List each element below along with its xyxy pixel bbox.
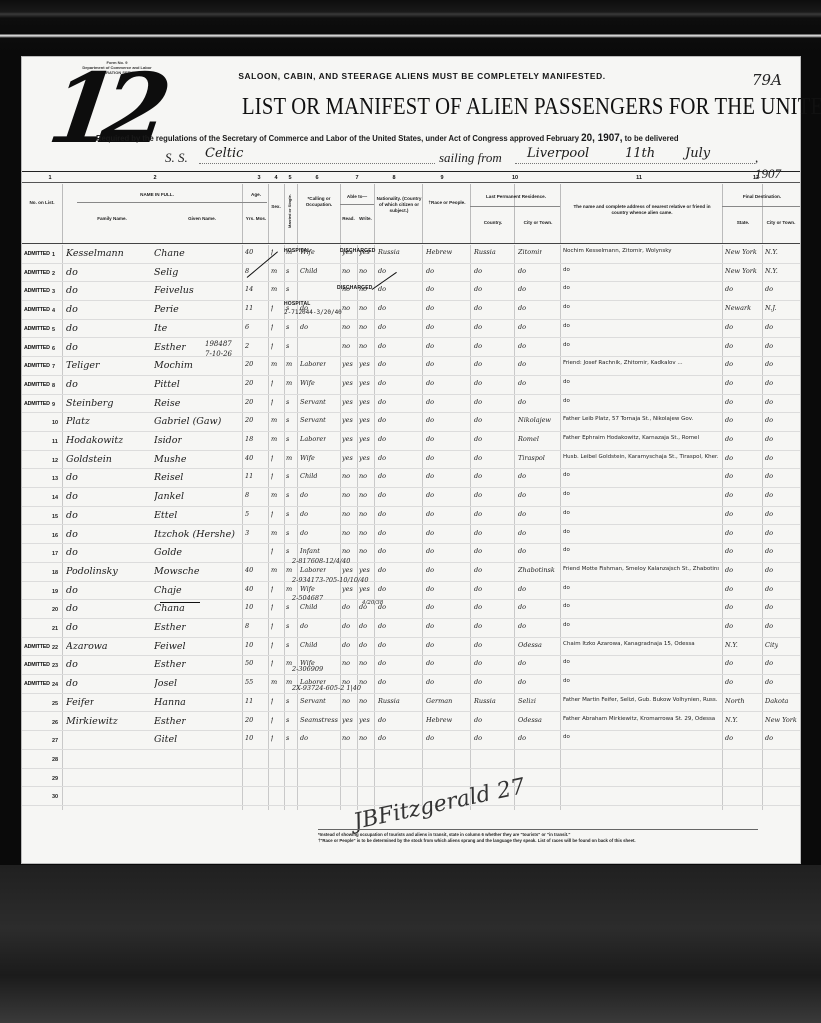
cell-relative: do <box>563 585 570 591</box>
cell-dest-city: New York <box>765 716 797 724</box>
cert-number-row15: 2-817608-12/4/40 <box>292 557 350 565</box>
cell-age: 20 <box>245 360 253 368</box>
cell-no: 29 <box>52 776 58 782</box>
cell-family: do <box>66 547 78 558</box>
cell-relative: do <box>563 734 570 740</box>
col-num-7: 7 <box>355 175 358 181</box>
cell-country: do <box>474 267 482 275</box>
table-row: 12GoldsteinMushe40fmWifeyesyesdododoTira… <box>22 451 800 470</box>
cell-relative: do <box>563 603 570 609</box>
col-num-1: 1 <box>48 175 51 181</box>
cell-ms: s <box>286 697 289 705</box>
cell-given: Hanna <box>154 697 186 708</box>
cell-read: yes <box>342 379 353 387</box>
cell-nationality: do <box>378 547 386 555</box>
cell-race: do <box>426 641 434 649</box>
cell-read: yes <box>342 398 353 406</box>
cell-no: 6 <box>52 346 55 352</box>
cell-ms: s <box>286 547 289 555</box>
cell-age: 8 <box>245 267 249 275</box>
cell-sex: m <box>271 491 277 499</box>
cell-sex: f <box>271 323 273 331</box>
cell-given: Feiwel <box>154 641 186 652</box>
cell-given: Mushe <box>154 454 186 465</box>
cell-write: yes <box>359 398 370 406</box>
cell-read: do <box>342 641 350 649</box>
cell-relative: do <box>563 491 570 497</box>
sheet-number: 12 <box>43 59 163 159</box>
cell-dest-city: do <box>765 416 773 424</box>
cell-ms: m <box>286 566 292 574</box>
header-read: Read. <box>340 216 357 222</box>
cell-no: 11 <box>52 439 58 445</box>
cell-family: do <box>66 379 78 390</box>
cell-sex: m <box>271 435 277 443</box>
cell-read: yes <box>342 566 353 574</box>
cell-ms: s <box>286 641 289 649</box>
cell-race: do <box>426 472 434 480</box>
cell-family: do <box>66 267 78 278</box>
table-row: 29 <box>22 769 800 788</box>
cell-read: no <box>342 267 350 275</box>
cell-sex: f <box>271 603 273 611</box>
ss-label: S. S. <box>165 150 188 166</box>
cell-dest-city: do <box>765 678 773 686</box>
cell-relative: do <box>563 510 570 516</box>
cell-family: do <box>66 659 78 670</box>
cell-ms: s <box>286 622 289 630</box>
cell-given: Reisel <box>154 472 183 483</box>
table-row: ADMITTED7TeligerMochim20mmLaboreryesyesd… <box>22 357 800 376</box>
cell-state: do <box>725 285 733 293</box>
cell-read: no <box>342 472 350 480</box>
cell-state: do <box>725 529 733 537</box>
cell-write: no <box>359 734 367 742</box>
cell-ms: m <box>286 379 292 387</box>
cell-status: ADMITTED <box>24 644 50 650</box>
discharged-stamp-2: DISCHARGED <box>337 285 373 291</box>
cell-write: no <box>359 472 367 480</box>
cell-race: do <box>426 734 434 742</box>
cell-dest-city: do <box>765 585 773 593</box>
cell-status: ADMITTED <box>24 251 50 257</box>
cell-age: 10 <box>245 734 253 742</box>
cell-sex: f <box>271 510 273 518</box>
cell-age: 20 <box>245 379 253 387</box>
table-row: ADMITTED24doJosel55mmLaborernonododododo… <box>22 675 800 694</box>
cell-read: no <box>342 491 350 499</box>
cell-read: no <box>342 529 350 537</box>
cell-country: do <box>474 585 482 593</box>
cell-relative: Father Martin Feifer, Selizi, Gub. Bukow… <box>563 697 718 703</box>
cell-nationality: do <box>378 285 386 293</box>
table-row: 20doChana10fsChilddododododododododo <box>22 600 800 619</box>
cell-calling: do <box>300 323 308 331</box>
cell-sex: f <box>271 659 273 667</box>
cell-city: do <box>518 678 526 686</box>
cell-dest-city: do <box>765 603 773 611</box>
cell-sex: m <box>271 285 277 293</box>
cell-nationality: do <box>378 323 386 331</box>
header-given-name: Given Name. <box>162 216 242 222</box>
sailing-line: S. S. Celtic sailing from Liverpool 11th… <box>165 146 785 168</box>
page-title: LIST OR MANIFEST OF ALIEN PASSENGERS FOR… <box>242 94 724 121</box>
column-numbers: 1 2 3 4 5 6 7 8 9 10 11 12 <box>22 171 800 183</box>
table-row: 28 <box>22 750 800 769</box>
cell-age: 2 <box>245 342 249 350</box>
table-row: 27Gitel10fsdononodododododododo <box>22 731 800 750</box>
cell-nationality: do <box>378 716 386 724</box>
cell-status: ADMITTED <box>24 270 50 276</box>
cell-sex: f <box>271 454 273 462</box>
cell-city: Romel <box>518 435 539 443</box>
cell-given: Pittel <box>154 379 180 390</box>
regulation-text: Required by the regulations of the Secre… <box>96 133 579 143</box>
cell-race: German <box>426 697 452 705</box>
regulation-date: 20, 1907, <box>581 132 622 144</box>
cell-calling: Child <box>300 267 317 275</box>
cell-nationality: do <box>378 472 386 480</box>
col-num-5: 5 <box>288 175 291 181</box>
cell-state: do <box>725 454 733 462</box>
cell-sex: m <box>271 360 277 368</box>
cell-no: 14 <box>52 495 58 501</box>
header-relative: The name and complete address of nearest… <box>567 204 717 216</box>
cell-read: no <box>342 734 350 742</box>
col-num-9: 9 <box>440 175 443 181</box>
header-final-destination: Final Destination. <box>724 194 800 200</box>
table-row: 14doJankel8msdononodododododododo <box>22 488 800 507</box>
cell-city: do <box>518 323 526 331</box>
cell-dest-city: do <box>765 435 773 443</box>
cell-nationality: do <box>378 566 386 574</box>
cell-age: 11 <box>245 697 253 705</box>
cell-state: do <box>725 342 733 350</box>
cell-read: no <box>342 547 350 555</box>
cell-ms: m <box>286 454 292 462</box>
table-row: 16doItzchok (Hershe)3msdononodododododod… <box>22 526 800 545</box>
cell-race: do <box>426 435 434 443</box>
cell-no: 13 <box>52 476 58 482</box>
header-dest-city: City or Town. <box>762 220 800 226</box>
header-sex: Sex. <box>268 204 284 210</box>
ship-line <box>199 163 435 164</box>
cell-state: do <box>725 416 733 424</box>
cell-no: 22 <box>52 645 58 651</box>
cell-no: 28 <box>52 757 58 763</box>
cell-country: do <box>474 547 482 555</box>
cell-nationality: do <box>378 622 386 630</box>
cell-age: 40 <box>245 454 253 462</box>
cell-race: Hebrew <box>426 248 452 256</box>
cell-family: do <box>66 323 78 334</box>
col-num-4: 4 <box>274 175 277 181</box>
cell-nationality: do <box>378 304 386 312</box>
cell-relative: do <box>563 547 570 553</box>
cell-dest-city: do <box>765 529 773 537</box>
cell-calling: do <box>300 491 308 499</box>
cell-ms: m <box>286 360 292 368</box>
cell-race: do <box>426 304 434 312</box>
sailing-month: July <box>685 146 710 161</box>
cell-city: do <box>518 285 526 293</box>
col-num-8: 8 <box>392 175 395 181</box>
cell-given: Feivelus <box>154 285 194 296</box>
cell-sex: m <box>271 678 277 686</box>
cell-state: New York <box>725 267 757 275</box>
cell-state: do <box>725 491 733 499</box>
cell-state: N.Y. <box>725 641 738 649</box>
cell-write: yes <box>359 379 370 387</box>
cell-write: yes <box>359 416 370 424</box>
cert-number-row16: 2-934173-?05-10/10/40 <box>292 576 369 584</box>
cell-ms: s <box>286 285 289 293</box>
cell-race: do <box>426 267 434 275</box>
cell-race: Hebrew <box>426 716 452 724</box>
cell-family: do <box>66 285 78 296</box>
cell-no: 8 <box>52 383 55 389</box>
cell-given: Ite <box>154 323 167 334</box>
cell-relative: do <box>563 379 570 385</box>
cell-write: yes <box>359 435 370 443</box>
cell-no: 15 <box>52 514 58 520</box>
cell-given: Esther <box>154 622 186 633</box>
cell-city: do <box>518 603 526 611</box>
header-calling: *Calling or Occupation. <box>299 196 339 208</box>
cell-dest-city: do <box>765 398 773 406</box>
cell-given: Esther <box>154 716 186 727</box>
cell-nationality: do <box>378 510 386 518</box>
cell-dest-city: do <box>765 342 773 350</box>
cell-country: do <box>474 342 482 350</box>
cell-given: Esther <box>154 342 186 353</box>
cell-given: Gabriel (Gaw) <box>154 416 221 427</box>
cell-age: 11 <box>245 304 253 312</box>
cell-country: Russia <box>474 248 496 256</box>
cell-state: do <box>725 360 733 368</box>
cell-family: do <box>66 304 78 315</box>
cell-relative: Friend Motte Fishman, Smeloy Kalanzajsch… <box>563 566 719 572</box>
cell-race: do <box>426 323 434 331</box>
cell-race: do <box>426 566 434 574</box>
cell-write: yes <box>359 716 370 724</box>
cell-city: Zitomir <box>518 248 542 256</box>
cell-country: do <box>474 678 482 686</box>
cell-state: do <box>725 659 733 667</box>
cell-sex: f <box>271 641 273 649</box>
cell-dest-city: N.Y. <box>765 248 778 256</box>
table-row: ADMITTED22AzarowaFeiwel10fsChilddodododo… <box>22 638 800 657</box>
cell-family: do <box>66 491 78 502</box>
cell-relative: do <box>563 285 570 291</box>
cell-race: do <box>426 547 434 555</box>
cell-nationality: do <box>378 435 386 443</box>
cell-dest-city: do <box>765 734 773 742</box>
table-row: ADMITTED1KesselmannChane40fmWifeyesyesRu… <box>22 245 800 264</box>
cell-state: do <box>725 678 733 686</box>
cell-country: do <box>474 398 482 406</box>
cell-given: Gitel <box>154 734 177 745</box>
cell-sex: f <box>271 734 273 742</box>
cell-dest-city: do <box>765 566 773 574</box>
cell-status: ADMITTED <box>24 662 50 668</box>
cell-city: do <box>518 342 526 350</box>
scan-bottom-margin <box>0 865 821 1023</box>
cell-calling: Servant <box>300 398 326 406</box>
cell-state: do <box>725 323 733 331</box>
cell-write: yes <box>359 360 370 368</box>
cell-calling: Infant <box>300 547 320 555</box>
cell-country: do <box>474 285 482 293</box>
page-id: 79A <box>752 71 782 89</box>
cell-nationality: do <box>378 734 386 742</box>
cell-city: do <box>518 267 526 275</box>
manifest-warning: SALOON, CABIN, AND STEERAGE ALIENS MUST … <box>202 71 642 81</box>
cell-given: Mowsche <box>154 566 200 577</box>
cell-race: do <box>426 416 434 424</box>
cell-race: do <box>426 585 434 593</box>
cell-race: do <box>426 491 434 499</box>
cert-number-row3: 2-712044-3/20/40 <box>284 309 342 316</box>
cell-no: 4 <box>52 308 55 314</box>
cell-family: do <box>66 678 78 689</box>
cell-write: no <box>359 510 367 518</box>
cell-no: 18 <box>52 570 58 576</box>
cell-age: 10 <box>245 641 253 649</box>
cell-relative: do <box>563 342 570 348</box>
cell-state: N.Y. <box>725 716 738 724</box>
cell-family: do <box>66 510 78 521</box>
cell-state: do <box>725 603 733 611</box>
cell-status: ADMITTED <box>24 363 50 369</box>
cell-ms: s <box>286 267 289 275</box>
cell-sex: f <box>271 398 273 406</box>
header-write: Write. <box>357 216 374 222</box>
cell-no: 10 <box>52 420 58 426</box>
cell-calling: Child <box>300 603 317 611</box>
cell-dest-city: do <box>765 285 773 293</box>
cell-age: 18 <box>245 435 253 443</box>
cell-ms: s <box>286 472 289 480</box>
cell-write: no <box>359 323 367 331</box>
cell-relative: do <box>563 472 570 478</box>
cell-city: Odessa <box>518 716 542 724</box>
cell-country: do <box>474 603 482 611</box>
cell-write: no <box>359 342 367 350</box>
cell-age: 50 <box>245 659 253 667</box>
cell-write: yes <box>359 566 370 574</box>
cell-age: 11 <box>245 472 253 480</box>
header-yrs-mos: Yrs. Mos. <box>244 216 268 222</box>
cell-no: 5 <box>52 327 55 333</box>
cell-no: 19 <box>52 589 58 595</box>
cell-status: ADMITTED <box>24 288 50 294</box>
cell-nationality: do <box>378 454 386 462</box>
cell-write: no <box>359 547 367 555</box>
cell-relative: Chaim Itzko Azarowa, Kanagradnaja 15, Od… <box>563 641 695 647</box>
cell-read: no <box>342 659 350 667</box>
cell-read: yes <box>342 585 353 593</box>
cell-city: do <box>518 547 526 555</box>
cell-dest-city: do <box>765 547 773 555</box>
cell-calling: Wife <box>300 454 315 462</box>
cert-number-row6-bottom: 7-10-26 <box>205 350 232 358</box>
discharged-stamp: DISCHARGED <box>340 248 376 254</box>
cell-dest-city: N.J. <box>765 304 777 312</box>
cell-family: do <box>66 603 78 614</box>
cell-city: do <box>518 529 526 537</box>
cell-state: do <box>725 379 733 387</box>
cell-sex: f <box>271 716 273 724</box>
date-line <box>515 163 755 164</box>
cell-no: 12 <box>52 458 58 464</box>
cell-ms: s <box>286 529 289 537</box>
cell-city: do <box>518 585 526 593</box>
col-num-10: 10 <box>512 175 518 181</box>
cell-city: Tiraspol <box>518 454 545 462</box>
cell-status: ADMITTED <box>24 307 50 313</box>
cell-relative: Father Ephraim Hodakowitz, Karnazaja St.… <box>563 435 699 441</box>
cell-write: do <box>359 641 367 649</box>
table-row: ADMITTED4doPerie11fsdononodododododoNewa… <box>22 301 800 320</box>
cell-ms: s <box>286 398 289 406</box>
cell-nationality: do <box>378 659 386 667</box>
cell-relative: Husb. Leibel Goldstein, Karamyschaja St.… <box>563 454 719 460</box>
cell-dest-city: do <box>765 472 773 480</box>
cell-read: yes <box>342 360 353 368</box>
cell-country: do <box>474 416 482 424</box>
cert-number-row17: 2-504687 <box>292 594 323 602</box>
cell-status: ADMITTED <box>24 681 50 687</box>
cell-given: Chaje <box>154 585 182 596</box>
cell-country: do <box>474 435 482 443</box>
cell-no: 23 <box>52 663 58 669</box>
cell-no: 1 <box>52 252 55 258</box>
cell-country: do <box>474 472 482 480</box>
table-row: 10PlatzGabriel (Gaw)20msServantyesyesdod… <box>22 413 800 432</box>
cell-family: Mirkiewitz <box>66 716 118 727</box>
cell-no: 17 <box>52 551 58 557</box>
cell-sex: f <box>271 472 273 480</box>
cell-read: yes <box>342 435 353 443</box>
header-last-residence: Last Permanent Residence. <box>472 194 560 200</box>
cell-city: do <box>518 734 526 742</box>
header-family-name: Family Name. <box>72 216 152 222</box>
cell-state: do <box>725 622 733 630</box>
cell-family: do <box>66 529 78 540</box>
cell-age: 40 <box>245 585 253 593</box>
strike-name-row17 <box>160 602 200 603</box>
cell-dest-city: City <box>765 641 778 649</box>
cell-no: 2 <box>52 271 55 277</box>
cell-given: Perie <box>154 304 179 315</box>
cell-read: yes <box>342 416 353 424</box>
table-row: ADMITTED9SteinbergReise20fsServantyesyes… <box>22 395 800 414</box>
cell-no: 21 <box>52 626 58 632</box>
cell-relative: do <box>563 659 570 665</box>
cell-dest-city: do <box>765 510 773 518</box>
cell-dest-city: do <box>765 622 773 630</box>
cell-country: do <box>474 360 482 368</box>
cell-age: 8 <box>245 622 249 630</box>
cell-read: no <box>342 323 350 331</box>
cell-calling: do <box>300 622 308 630</box>
cell-read: yes <box>342 454 353 462</box>
table-row: ADMITTED23doEsther50fmWifenonodododododo… <box>22 656 800 675</box>
cell-status: ADMITTED <box>24 345 50 351</box>
cell-country: do <box>474 641 482 649</box>
cell-dest-city: do <box>765 360 773 368</box>
